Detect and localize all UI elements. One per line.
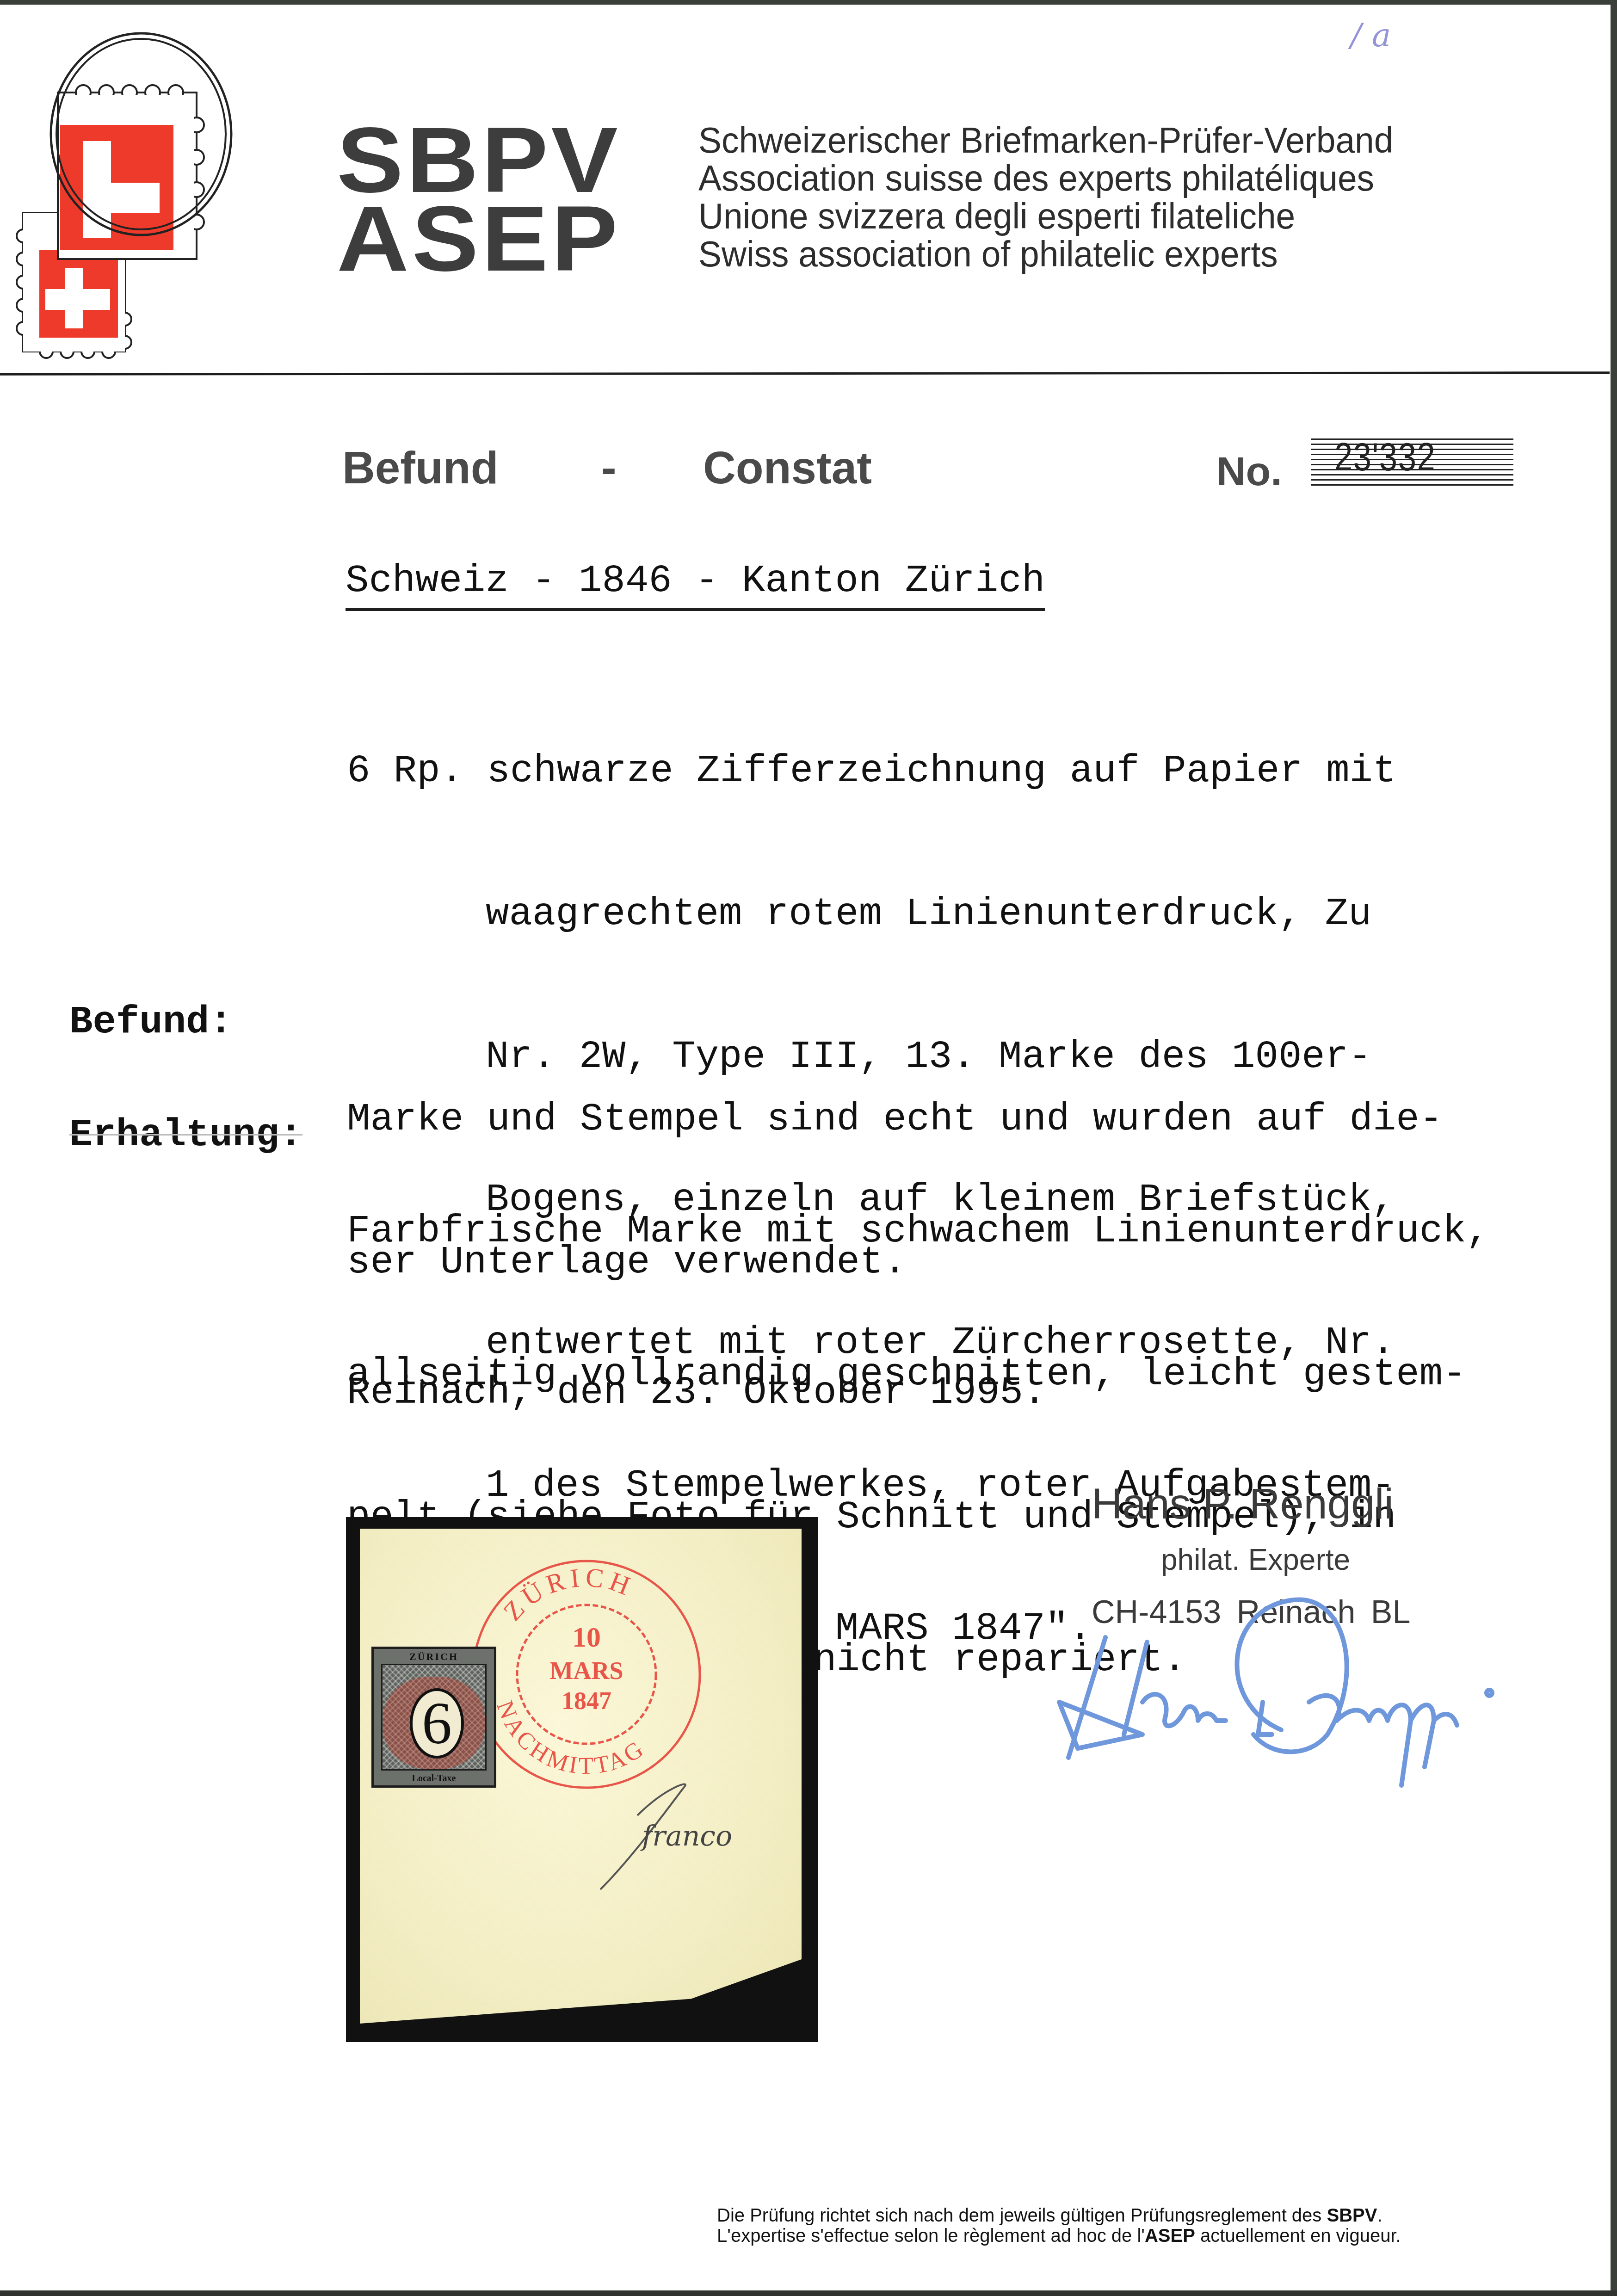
header-divider <box>0 371 1610 376</box>
signature-icon <box>1050 1582 1512 1795</box>
title-befund: Befund <box>342 442 499 494</box>
footer-fr-text: L'expertise s'effectue selon le règlemen… <box>717 2226 1145 2246</box>
footer-de-text: Die Prüfung richtet sich nach dem jeweil… <box>717 2205 1327 2226</box>
expert-role: philat. Experte <box>1161 1543 1350 1577</box>
befund-label: Befund: <box>69 1000 233 1044</box>
pencil-note: / a <box>1351 16 1391 54</box>
footer-line-de: Die Prüfung richtet sich nach dem jeweil… <box>717 2205 1401 2226</box>
footer-fr-bold: ASEP <box>1145 2226 1195 2246</box>
footer-de-bold: SBPV <box>1327 2205 1377 2226</box>
footer-line-fr: L'expertise s'effectue selon le règlemen… <box>717 2226 1401 2246</box>
footer-de-end: . <box>1377 2205 1382 2226</box>
association-name-en: Swiss association of philatelic experts <box>698 235 1393 273</box>
certificate-number-label: No. <box>1216 448 1282 495</box>
sbpv-logo-icon <box>14 19 333 361</box>
svg-text:MARS: MARS <box>550 1657 623 1685</box>
footer-fr-end: actuellement en vigueur. <box>1195 2226 1401 2246</box>
svg-text:10: 10 <box>572 1622 601 1653</box>
certificate-number: 23'332 <box>1334 434 1436 480</box>
svg-text:1847: 1847 <box>562 1687 611 1715</box>
cover-piece: ZÜRICH NACHMITTAG 10 MARS 1847 franco T.… <box>360 1529 802 2024</box>
certificate-page: SBPV ASEP Schweizerischer Briefmarken-Pr… <box>0 0 1617 2296</box>
place-date: Reinach, den 23. Oktober 1995. <box>347 1369 1046 1417</box>
scan-edge-right <box>1611 0 1617 2296</box>
scan-edge-top <box>0 0 1617 5</box>
title-constat: Constat <box>703 442 872 494</box>
description-line: 6 Rp. schwarze Zifferzeichnung auf Papie… <box>347 747 1396 795</box>
brand-wordmark: SBPV ASEP <box>337 121 621 278</box>
erhaltung-label: Erhaltung: <box>69 1113 302 1157</box>
title-separator: - <box>601 442 617 494</box>
stamp-value-oval: 6 <box>410 1688 464 1759</box>
svg-text:franco: franco <box>640 1820 732 1852</box>
scan-edge-bottom <box>0 2290 1617 2296</box>
stamp-top-text: ZÜRICH <box>374 1651 494 1663</box>
stamp-photo: ZÜRICH NACHMITTAG 10 MARS 1847 franco T.… <box>346 1517 818 2042</box>
expert-name: Hans P. Renggli <box>1092 1480 1394 1529</box>
stamp-bottom-text: Local-Taxe <box>374 1773 494 1784</box>
stamp-value: 6 <box>413 1691 461 1756</box>
description-line: waagrechtem rotem Linienunterdruck, Zu <box>347 890 1396 938</box>
erhaltung-line: Farbfrische Marke mit schwachem Linienun… <box>347 1208 1489 1255</box>
footer-notice: Die Prüfung richtet sich nach dem jeweil… <box>717 2205 1401 2246</box>
association-name-fr: Association suisse des experts philatéli… <box>698 159 1393 197</box>
association-name-it: Unione svizzera degli esperti filatelich… <box>698 197 1393 235</box>
brand-asep: ASEP <box>337 200 621 278</box>
association-name-de: Schweizerischer Briefmarken-Prüfer-Verba… <box>698 121 1393 159</box>
postage-stamp: ZÜRICH 6 Local-Taxe <box>371 1647 496 1788</box>
subject-heading: Schweiz - 1846 - Kanton Zürich <box>346 557 1045 611</box>
association-names: Schweizerischer Briefmarken-Prüfer-Verba… <box>698 121 1422 273</box>
svg-text:ZÜRICH: ZÜRICH <box>497 1562 638 1626</box>
